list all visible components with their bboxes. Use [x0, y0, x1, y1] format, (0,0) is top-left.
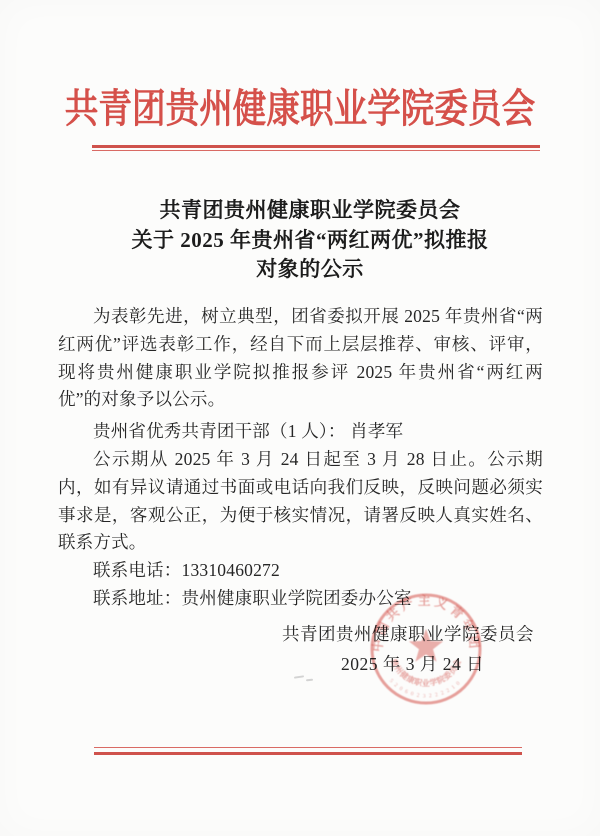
- document-title: 共青团贵州健康职业学院委员会 关于 2025 年贵州省“两红两优”拟推报 对象的…: [30, 196, 590, 285]
- paragraph-publicity-period: 公示期从 2025 年 3 月 24 日起至 3 月 28 日止。公示期内，如有…: [58, 446, 543, 557]
- signature-date: 2025 年 3 月 24 日: [341, 651, 484, 676]
- seal-serial-number: 5206023222210: [388, 678, 464, 699]
- paragraph-intro: 为表彰先进，树立典型，团省委拟开展 2025 年贵州省“两红两优”评选表彰工作，…: [58, 303, 543, 414]
- title-line-3: 对象的公示: [30, 255, 590, 285]
- paragraph-contact-phone: 联系电话：13310460272: [58, 557, 543, 585]
- scan-artifact: [294, 675, 304, 678]
- letterhead-title-text: 共青团贵州健康职业学院委员会: [65, 87, 535, 131]
- footer-rule-thick: [94, 752, 522, 755]
- title-line-1: 共青团贵州健康职业学院委员会: [30, 196, 590, 226]
- document-body: 为表彰先进，树立典型，团省委拟开展 2025 年贵州省“两红两优”评选表彰工作，…: [58, 303, 543, 613]
- signature-org: 共青团贵州健康职业学院委员会: [282, 621, 534, 646]
- letterhead-title: 共青团贵州健康职业学院委员会: [0, 87, 600, 131]
- title-line-2: 关于 2025 年贵州省“两红两优”拟推报: [30, 226, 590, 256]
- footer-rule-thin: [94, 747, 522, 748]
- letterhead-rule-thick: [92, 145, 540, 148]
- paragraph-contact-address: 联系地址：贵州健康职业学院团委办公室: [58, 585, 543, 613]
- paragraph-candidate: 贵州省优秀共青团干部（1 人）： 肖孝军: [58, 418, 543, 446]
- scan-artifact: [306, 679, 313, 682]
- letterhead-rule-thin: [92, 150, 540, 151]
- document-page: 共青团贵州健康职业学院委员会 共青团贵州健康职业学院委员会 关于 2025 年贵…: [0, 0, 600, 836]
- svg-text:5206023222210: 5206023222210: [388, 678, 464, 699]
